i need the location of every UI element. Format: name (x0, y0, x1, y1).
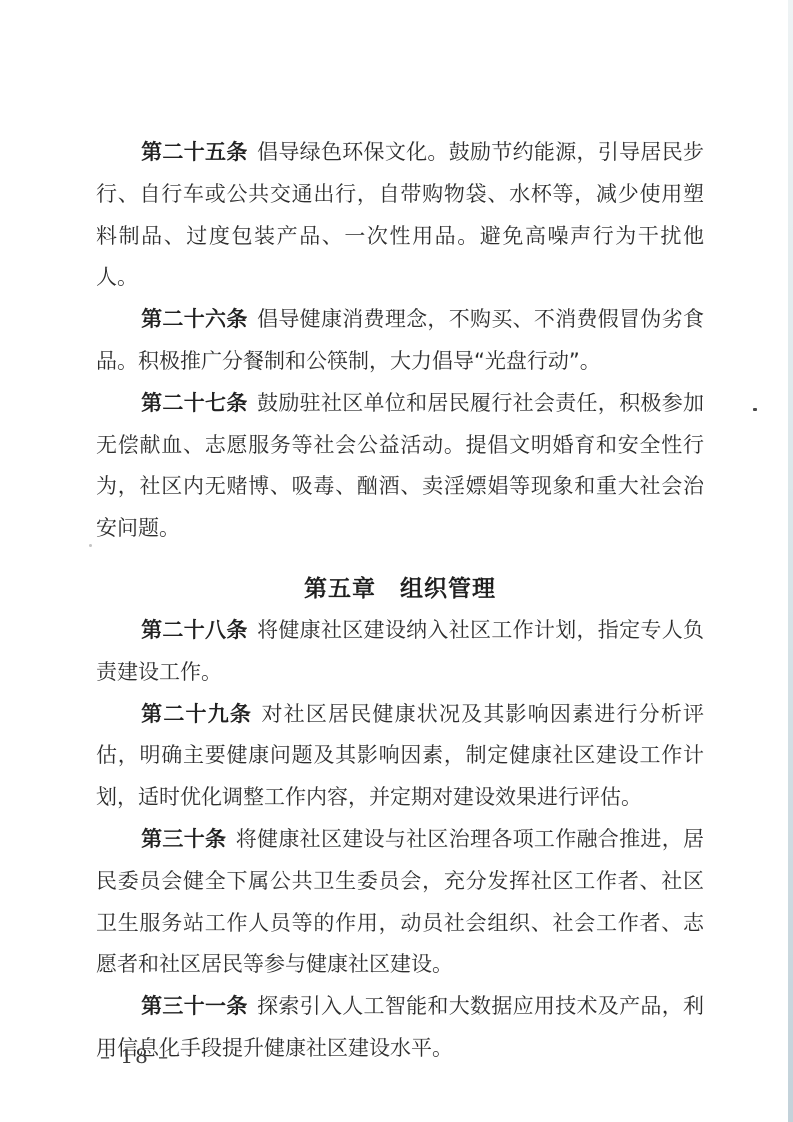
scan-speck (753, 408, 757, 411)
article-31-number: 第三十一条 (141, 994, 247, 1018)
article-26-number: 第二十六条 (141, 307, 247, 331)
article-29-paragraph: 第二十九条对社区居民健康状况及其影响因素进行分析评估，明确主要健康问题及其影响因… (96, 694, 704, 819)
article-29-number: 第二十九条 (141, 702, 252, 726)
document-page: 第二十五条倡导绿色环保文化。鼓励节约能源，引导居民步行、自行车或公共交通出行，自… (0, 0, 793, 1122)
article-25-paragraph: 第二十五条倡导绿色环保文化。鼓励节约能源，引导居民步行、自行车或公共交通出行，自… (96, 132, 704, 299)
article-28-paragraph: 第二十八条将健康社区建设纳入社区工作计划，指定专人负责建设工作。 (96, 610, 704, 694)
article-26-paragraph: 第二十六条倡导健康消费理念，不购买、不消费假冒伪劣食品。积极推广分餐制和公筷制，… (96, 299, 704, 383)
article-28-number: 第二十八条 (141, 618, 247, 642)
article-25-number: 第二十五条 (141, 140, 247, 164)
article-31-paragraph: 第三十一条探索引入人工智能和大数据应用技术及产品，利用信息化手段提升健康社区建设… (96, 986, 704, 1070)
scan-edge-artifact (788, 0, 793, 1122)
chapter-heading: 第五章 组织管理 (96, 568, 704, 610)
article-30-number: 第三十条 (141, 827, 226, 851)
article-27-number: 第二十七条 (141, 391, 247, 415)
article-27-paragraph: 第二十七条鼓励驻社区单位和居民履行社会责任，积极参加无偿献血、志愿服务等社会公益… (96, 383, 704, 550)
document-body: 第二十五条倡导绿色环保文化。鼓励节约能源，引导居民步行、自行车或公共交通出行，自… (96, 132, 704, 1070)
page-number: – 18 – (100, 1044, 170, 1068)
scan-speck (89, 544, 92, 547)
article-30-paragraph: 第三十条将健康社区建设与社区治理各项工作融合推进，居民委员会健全下属公共卫生委员… (96, 819, 704, 986)
